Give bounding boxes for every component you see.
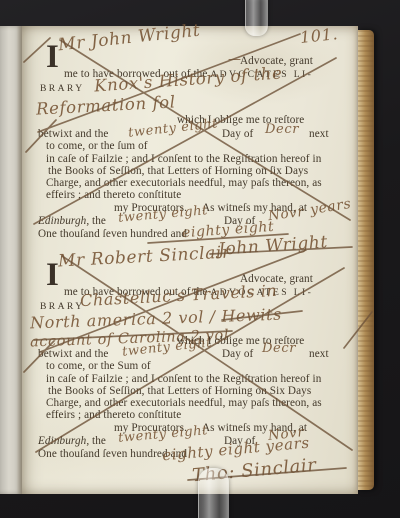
printed-failzie: effeirs ; and thereto conſtitute <box>46 409 181 421</box>
book-gutter-edge <box>0 26 22 494</box>
printed-to-come: to come, or the Sum of <box>46 360 151 372</box>
printed-failzie: in caſe of Failzie ; and I conſent to th… <box>46 153 321 165</box>
printed-failzie: the Books of Seſſion, that Letters of Ho… <box>48 385 311 397</box>
printed-year-prefix: One thouſand ſeven hundred and <box>38 228 187 240</box>
printed-the: the <box>92 435 106 447</box>
scanned-register-photo: 101. Mr John Wright — I Advocate, grant … <box>0 0 400 518</box>
printed-failzie: the Books of Seſſion, that Letters of Ho… <box>48 165 308 177</box>
printed-failzie: Charge, and other executorials needful, … <box>46 177 322 189</box>
hand-return-day: twenty eight <box>127 116 218 140</box>
printed-failzie: effeirs ; and thereto conſtitute <box>46 189 181 201</box>
printed-next: next <box>309 128 329 140</box>
printed-failzie: Charge, and other executorials needful, … <box>46 397 322 409</box>
page-holder-strap-bottom <box>198 468 229 518</box>
printed-failzie: in caſe of Failzie ; and I conſent to th… <box>46 373 321 385</box>
printed-brary: BRARY <box>40 83 85 94</box>
register-page: 101. Mr John Wright — I Advocate, grant … <box>22 26 358 494</box>
hand-years-flourish: years <box>309 196 352 218</box>
printed-day-of: Day of <box>222 348 253 360</box>
hand-return-month: Decr <box>265 122 299 137</box>
drop-cap: I <box>46 42 59 72</box>
printed-the: the <box>92 215 106 227</box>
printed-betwixt: betwixt and the <box>38 128 108 140</box>
printed-brary: BRARY <box>40 301 85 312</box>
folio-number: 101. <box>299 24 339 47</box>
drop-cap: I <box>46 260 59 290</box>
hand-return-month: Decr <box>262 341 296 356</box>
printed-to-come: to come, or the ſum of <box>46 140 148 152</box>
printed-edinburgh: Edinburgh, <box>38 435 89 447</box>
printed-next: next <box>309 348 329 360</box>
borrower-name: Mr Robert Sinclair <box>58 242 232 271</box>
borrower-name: Mr John Wright <box>57 21 201 56</box>
open-book: 101. Mr John Wright — I Advocate, grant … <box>0 24 376 502</box>
page-holder-strap-top <box>245 0 268 36</box>
printed-betwixt: betwixt and the <box>38 348 108 360</box>
printed-day-of: Day of <box>222 128 253 140</box>
printed-edinburgh: Edinburgh, <box>38 215 89 227</box>
book-title-line: Reformation fol <box>36 92 176 118</box>
book-fore-edge <box>358 30 374 490</box>
